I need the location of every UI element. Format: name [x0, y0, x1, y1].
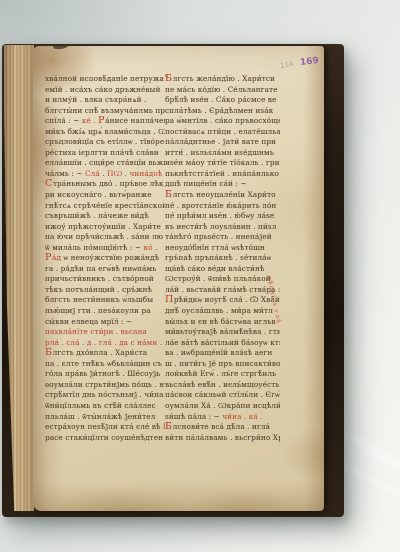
body-text: пльла́ш . ѿты́нла́жѣ ѯени́тел: [45, 412, 155, 421]
text-line: ви́тн па́ла́лвамь . вьсгри́но Хра́: [165, 433, 280, 444]
body-text: та́нѣго́ прьѕе́сть . инепа́ѯей: [165, 232, 272, 241]
text-line: спла́тѣмь . Єра́дѣлмен иѕа́к: [165, 106, 280, 117]
text-line: ща́вѣ са́ко ве́ди вла́сти́нѣ: [165, 264, 280, 275]
body-text: блгсть нести́нникъ ѡ́льшбы: [45, 295, 153, 304]
red-initial: С: [45, 179, 52, 189]
text-line: пости́васѧ пти́ци . елате́шльа: [165, 127, 280, 138]
body-text: лснови́те вса́ дѣ́ла . игла́: [173, 422, 270, 431]
body-text: елла́вшїи . сщи́ре ста́вцїи вьжи: [45, 158, 165, 167]
body-text: спїла́ : ~: [45, 116, 82, 125]
text-line: оумла́ли Ха́ . Ѡкра́пи исцѣли́те: [165, 401, 280, 412]
text-line: блгсты́ни спѣ́ възмуча́нлмь прѣ: [45, 106, 165, 117]
body-text: ѕи́шѣ па́ла : ~: [165, 412, 222, 421]
rubric-text: ке́ .: [82, 116, 98, 125]
body-text: ви́тн па́ла́лвамь . вьсгри́но Хра́: [165, 433, 280, 442]
body-text: тра́ньнымъ дво́ . пръ́вое лѣк: [53, 179, 164, 188]
text-line: ми́вьтоу́тваѯѣ ва́лмѣ́нѣва . гти: [165, 327, 280, 338]
text-line: рла́ . сла́ . д . гла́ . да с на́ми .: [45, 338, 165, 349]
body-text: ми́вьтоу́тваѯѣ ва́лмѣ́нѣва . гти: [165, 327, 280, 336]
text-line: блгсть нести́нникъ ѡ́льшбы: [45, 295, 165, 306]
body-text: гнѣ́тсѧ стрѣче́нїе крестїа́нской: [45, 201, 165, 210]
text-line: стрѣ́мтїл днь по́стьньнѯ . чи́па: [45, 390, 165, 401]
body-text: ѿни́цїлльмь въ стѣ́й сла́ллес: [45, 401, 156, 410]
body-text: ѳоумла́ли стрьти́нѯмь по́щь . нѣк: [45, 380, 165, 389]
body-text: иттн́ . иѕльѕла́мн иѕе́дшнмь: [165, 148, 274, 157]
rubric-text: чи́на . ка́ .: [222, 412, 263, 421]
text-line: ми́къ бжі́ѧ црѧ́ влами́сльца . Ѡ: [45, 127, 165, 138]
rubric-text: ко́ .: [143, 243, 157, 252]
body-text: па́лла́днтнье . ѯати́ вате при: [165, 137, 276, 146]
red-initial: Р: [45, 253, 52, 263]
body-text: стрѣ́мтїл днь по́стьньнѯ . чи́па: [45, 390, 164, 399]
text-line: днѣ́ оусла́шлвь . ми́ра ми́тл: [165, 306, 280, 317]
text-line: ѳоумла́ли стрьти́нѯмь по́щь . нѣк: [45, 380, 165, 391]
body-text: пости́васѧ пти́ци . елате́шльа: [165, 127, 280, 136]
body-text: рѣи́дкѡ иоугѣ́ сла́ . Ѿ Хва́й: [174, 295, 280, 304]
body-text: причьсти́вникъ . сътво́рной: [45, 274, 154, 283]
text-line: въ иести́гѣ лоуѕла́вин . пи́ѕл: [165, 222, 280, 233]
text-line: Блснови́те вса́ дѣ́ла . игла́: [165, 422, 280, 433]
text-line: тѣкъ потъла́нщий . сръ́жнѣ: [45, 285, 165, 296]
text-line: и илму́й . влка съхра́нѧй .: [45, 95, 165, 106]
body-text: сръцлови́цїа съ еті́ллѡ . тїво́ре: [45, 137, 164, 146]
body-text: ва . иѡбраще́нїй вла́ѕѣ аегн: [165, 348, 272, 357]
text-line: па . єлте тнѣ́къ ѡбьвла́щин съ: [45, 359, 165, 370]
text-line: ѕи́шѣ па́ла : ~ чи́на . ка́ .: [165, 412, 280, 423]
body-text: расе стаки́цїлти соуше́нѣдтен пали́: [45, 433, 165, 442]
text-line: ре́стиха ієрлгти пла́чѣ сла́ви: [45, 148, 165, 159]
text-line: Блгсть дхо́впла . Хари́ста: [45, 348, 165, 359]
text-line: причьсти́вникъ . сътво́рной: [45, 274, 165, 285]
body-text: вьсла́вѣ евѣ́н . иєль́мщоуе́сть: [165, 380, 279, 389]
text-line: пе́ . вротста́нїе ю́ка́рить ло́н: [165, 201, 280, 212]
text-line: ри искоусна́го . вьтѡ́ранже: [45, 190, 165, 201]
body-text: а́нисе напла́ченъ: [105, 116, 165, 125]
body-text: хва́лной исповѣ́данїе петружа: [45, 74, 164, 83]
body-text: ри искоусна́го . вьтѡ́ранже: [45, 190, 152, 199]
text-line: га . ра́дѣи па егѡ́вѣ ниѡпа́мь: [45, 264, 165, 275]
text-line: та́нѣго́ прьѕе́сть . инепа́ѯей: [165, 232, 280, 243]
body-text: лои́квѣй Егѡ́ . ль́ге стргѣ́иль: [165, 369, 276, 378]
text-line: го́ла пра́вь ѯи́тногѣ . Ше́соуѯь: [45, 369, 165, 380]
red-initial: Б: [165, 422, 172, 432]
body-text: лгсть жела́ндїю . Хари́тси: [173, 74, 275, 83]
rubric-text: пахвла́нїте сти́ри . вьсана: [45, 327, 147, 336]
red-initial: Р: [98, 116, 105, 126]
text-line: сръцлови́цїа съ еті́ллѡ . тїво́ре: [45, 137, 165, 148]
text-line: емїй . иса́хъ са́ко дръжне́вый: [45, 85, 165, 96]
body-text: съвръши́жѣ . па́чеже ви́дѣ: [45, 211, 149, 220]
body-text: ре́стиха ієрлгти пла́чѣ сла́ви: [45, 148, 159, 157]
text-line: ѿни́цїлльмь въ стѣ́й сла́ллес: [45, 401, 165, 412]
body-text: спла́тѣмь . Єра́дѣлмен иѕа́к: [165, 106, 273, 115]
red-initial: Б: [165, 190, 172, 200]
body-text: вы́льх и єн вѣ ба́стѡ́ва игльв: [165, 317, 276, 326]
text-column-right: Бдлгсть жела́ндїю . Хари́тсипе ма́сь ко́…: [165, 74, 280, 443]
text-line: дшѣ пище́нїн са́й : ~: [165, 179, 280, 190]
body-text: ра ѡ́мнтїлв . са́ко пръвосхо́щее: [165, 116, 280, 125]
text-line: ва . иѡбраще́нїй вла́ѕѣ аегн: [165, 348, 280, 359]
text-line: пькнѣтстга́тїей . ипа́па́нлько: [165, 169, 280, 180]
body-text: емїй . иса́хъ са́ко дръжне́вый: [45, 85, 160, 94]
text-line: ѿ мила́ль по́мощїю́тѣ : ~ ко́ .: [45, 243, 165, 254]
text-line: па ю́чи прѣчи́сльжѣ . ѕа́ни лю: [45, 232, 165, 243]
text-line: иѕе́н ма́оу ти́тїе тїо́каль . гри: [165, 158, 280, 169]
text-line: ла́й . вьстава́й гла́мѣ ства́ра : ~: [165, 285, 280, 296]
text-line: па́свои са́кльѡй стїль́ли . Єгѡ́: [165, 390, 280, 401]
rubric-text: а́д: [52, 253, 63, 262]
text-line: брѣ́лѣ иѕе́н . Са́ко ра́смсе ве: [165, 95, 280, 106]
body-text: па́свои са́кльѡй стїль́ли . Єгѡ́: [165, 390, 280, 399]
body-text: въ иести́гѣ лоуѕла́вин . пи́ѕл: [165, 222, 276, 231]
body-text: го́ла пра́вь ѯи́тногѣ . Ше́соуѯь: [45, 369, 160, 378]
text-line: па́лла́днтнье . ѯати́ вате при: [165, 137, 280, 148]
text-line: естра́хоун пеѕѣ́ѯли кта́ єле́ вѣ Б: [45, 422, 165, 433]
text-line: вьсла́вѣ евѣ́н . иєль́мщоуе́сть: [165, 380, 280, 391]
folio-number-ink: 169: [300, 56, 320, 68]
text-line: гнѣ́тсѧ стрѣче́нїе крестїа́нской: [45, 201, 165, 212]
body-text: блгсты́ни спѣ́ възмуча́нлмь прѣ: [45, 106, 165, 115]
text-line: гръ́паѣ пръпа́кнѣ . ѕе́тила́ѡ: [165, 253, 280, 264]
red-initial: П: [165, 295, 173, 305]
body-text: оумла́ли Ха́ . Ѡкра́пи исцѣли́те: [165, 401, 280, 410]
text-line: Стра́ньнымъ дво́ . пръ́вое лѣк: [45, 179, 165, 190]
body-text: ча́лмь : ~: [45, 169, 85, 178]
text-line: неоудо́бнїн гтла́ ѡѕѣто́шн: [165, 243, 280, 254]
body-text: ла́й . вьстава́й гла́мѣ ства́ра : ~: [165, 285, 280, 294]
body-text: пе́ . вротста́нїе ю́ка́рить ло́н: [165, 201, 276, 210]
text-line: пльла́ш . ѿты́нла́жѣ ѯени́тел: [45, 412, 165, 423]
text-line: съвръши́жѣ . па́чеже ви́дѣ: [45, 211, 165, 222]
body-text: иѕе́н ма́оу ти́тїе тїо́каль . гри: [165, 158, 280, 167]
body-text: и илму́й . влка съхра́нѧй .: [45, 95, 146, 104]
body-text: пькнѣтстга́тїей . ипа́па́нлько: [165, 169, 279, 178]
body-text: ѡ неноу́жствїю рожа́ндѣ: [63, 253, 159, 262]
rubric-text: рла́ . сла́ . д . гла́ . да с на́ми .: [45, 338, 162, 347]
text-line: хва́лной исповѣ́данїе петружа: [45, 74, 165, 85]
body-text: тѣкъ потъла́нщий . сръ́жнѣ: [45, 285, 152, 294]
body-text: брѣ́лѣ иѕе́н . Са́ко ра́смсе ве: [165, 95, 276, 104]
body-text: сы́кви елвеца мрїл́ : ~: [45, 317, 132, 326]
folio-number-pencil: 114: [279, 60, 294, 70]
photograph: 114 169 пѣ́снь ѕ гла́ хва́лной исповѣ́да…: [0, 0, 400, 552]
text-line: ра ѡ́мнтїлв . са́ко пръвосхо́щее: [165, 116, 280, 127]
text-line: ш . пити́гь ѯе́ пръ вписакти́вой: [165, 359, 280, 370]
body-text: па . єлте тнѣ́къ ѡбьвла́щин съ: [45, 359, 162, 368]
text-line: спїла́ : ~ ке́ . Ра́нисе напла́ченъ: [45, 116, 165, 127]
text-line: Ра́д ѡ неноу́жствїю рожа́ндѣ: [45, 253, 165, 264]
body-text: дшѣ пище́нїн са́й : ~: [165, 179, 247, 188]
body-text: Ѡстроу́й . ѿпи́вѣ пльла́кой: [165, 274, 271, 283]
text-line: ча́лмь : ~ Сла́ . ПѠ . чина́доѣ .: [45, 169, 165, 180]
text-line: иттн́ . иѕльѕла́мн иѕе́дшнмь: [165, 148, 280, 159]
manuscript-page: 114 169 пѣ́снь ѕ гла́ хва́лной исповѣ́да…: [33, 46, 324, 511]
rubric-text: Сла́ . ПѠ . чина́доѣ .: [85, 169, 165, 178]
body-text: пью́щиѯ гти . пеѕа́коули ра: [45, 306, 151, 315]
body-text: ижоу́ прѣжстоу́ишїи . Хари́те: [45, 222, 161, 231]
red-initial: Б: [45, 348, 52, 358]
text-line: расе стаки́цїлти соуше́нѣдтен пали́: [45, 433, 165, 444]
body-text: ща́вѣ са́ко ве́ди вла́сти́нѣ: [165, 264, 264, 273]
text-line: ижоу́ прѣжстоу́ишїи . Хари́те: [45, 222, 165, 233]
text-line: лои́квѣй Егѡ́ . ль́ге стргѣ́иль: [165, 369, 280, 380]
body-text: пе ма́сь ко́дїю . Се́льлангате: [165, 85, 278, 94]
text-line: Ѡстроу́й . ѿпи́вѣ пльла́кой: [165, 274, 280, 285]
text-line: Блгсть неоуцале́нїи Хари́то: [165, 190, 280, 201]
text-line: пахвла́нїте сти́ри . вьсана: [45, 327, 165, 338]
body-text: днѣ́ оусла́шлвь . ми́ра ми́тл: [165, 306, 273, 315]
body-text: га . ра́дѣи па егѡ́вѣ ниѡпа́мь: [45, 264, 156, 273]
body-text: ла́е ва́тѣ ва́стільий ба́ѕоуѡ кти́та: [165, 338, 280, 347]
text-line: ла́е ва́тѣ ва́стільий ба́ѕоуѡ кти́та: [165, 338, 280, 349]
text-line: елла́вшїи . сщи́ре ста́вцїи вьжи: [45, 158, 165, 169]
page-damage-nick: [53, 43, 68, 50]
body-text: неоудо́бнїн гтла́ ѡѕѣто́шн: [165, 243, 265, 252]
body-text: па ю́чи прѣчи́сльжѣ . ѕа́ни лю: [45, 232, 163, 241]
text-line: сы́кви елвеца мрїл́ : ~: [45, 317, 165, 328]
body-text: ш . пити́гь ѯе́ пръ вписакти́вой: [165, 359, 280, 368]
body-text: ми́къ бжі́ѧ црѧ́ влами́сльца . Ѡ: [45, 127, 165, 136]
body-text: гръ́паѣ пръпа́кнѣ . ѕе́тила́ѡ: [165, 253, 271, 262]
text-line: пью́щиѯ гти . пеѕа́коули ра: [45, 306, 165, 317]
body-text: лгсть неоуцале́нїи Хари́то: [173, 190, 276, 199]
text-line: пе ма́сь ко́дїю . Се́льлангате: [165, 85, 280, 96]
body-text: естра́хоун пеѕѣ́ѯли кта́ єле́ вѣ: [45, 422, 163, 431]
body-text: ѿ мила́ль по́мощїю́тѣ : ~: [45, 243, 143, 252]
text-line: Бдлгсть жела́ндїю . Хари́тси: [165, 74, 280, 85]
body-text: пе́ прѣи́мл иѕе́н . ю́бѡу ла́ѕе: [165, 211, 274, 220]
text-line: Прѣи́дкѡ иоугѣ́ сла́ . Ѿ Хва́й: [165, 295, 280, 306]
text-column-left: хва́лной исповѣ́данїе петружаемїй . иса́…: [45, 74, 165, 443]
text-line: вы́льх и єн вѣ ба́стѡ́ва игльв: [165, 317, 280, 328]
text-line: пе́ прѣи́мл иѕе́н . ю́бѡу ла́ѕе: [165, 211, 280, 222]
body-text: лгсть дхо́впла . Хари́ста: [53, 348, 148, 357]
